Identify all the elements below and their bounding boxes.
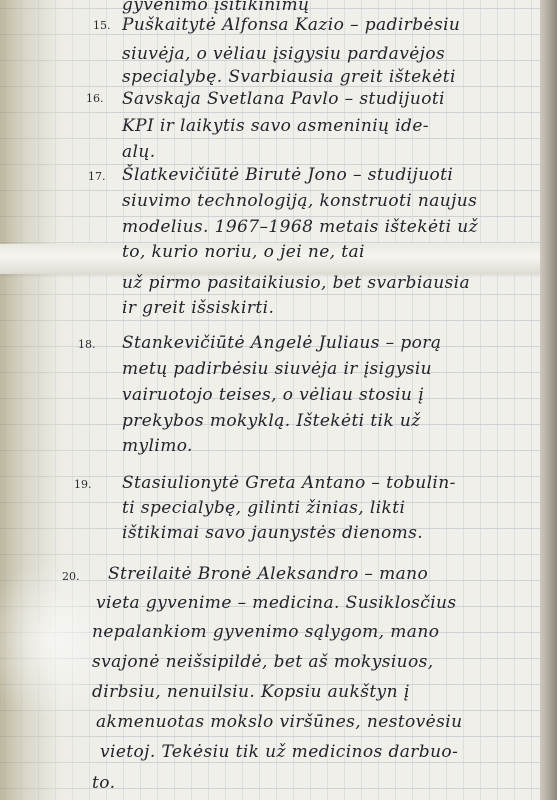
entry-line: to, kurio noriu, o jei ne, tai xyxy=(122,241,532,263)
handwritten-text: gyvenimo įsitikinimų 15. Puškaitytė Alfo… xyxy=(0,0,540,800)
entry-line: Savskaja Svetlana Pavlo – studijuoti xyxy=(122,88,532,110)
entry-line: nepalankiom gyvenimo sąlygom, mano xyxy=(92,621,502,643)
entry-line: ir greit išsiskirti. xyxy=(122,297,532,319)
entry-line: vietoj. Tekėsiu tik už medicinos darbuo- xyxy=(100,741,510,763)
entry-line: specialybę. Svarbiausia greit ištekėti xyxy=(122,66,532,88)
entry-line: Puškaitytė Alfonsa Kazio – padirbėsiu xyxy=(122,14,532,36)
entry-line: prekybos mokyklą. Ištekėti tik už xyxy=(122,410,532,432)
entry-line: KPI ir laikytis savo asmeninių ide- xyxy=(122,115,532,137)
entry-number: 16. xyxy=(86,92,104,106)
entry-line: Stankevičiūtė Angelė Juliaus – porą xyxy=(122,332,532,354)
page-edge xyxy=(540,0,557,800)
entry-line: vieta gyvenime – medicina. Susiklosčius xyxy=(96,592,506,614)
entry-line: svajonė neišsipildė, bet aš mokysiuos, xyxy=(92,651,502,673)
entry-line: Stasiulionytė Greta Antano – tobulin- xyxy=(122,472,532,494)
entry-number: 20. xyxy=(62,570,80,584)
entry-line: metų padirbėsiu siuvėja ir įsigysiu xyxy=(122,358,532,380)
entry-number: 19. xyxy=(74,478,92,492)
entry-line: akmenuotas mokslo viršūnes, nestovėsiu xyxy=(96,711,506,733)
entry-line: ištikimai savo jaunystės dienoms. xyxy=(122,522,532,544)
entry-line: dirbsiu, nenuilsiu. Kopsiu aukštyn į xyxy=(92,681,502,703)
entry-line: to. xyxy=(92,772,502,794)
entry-number: 17. xyxy=(88,170,106,184)
entry-line: alų. xyxy=(122,141,532,163)
entry-line: mylimo. xyxy=(122,435,532,457)
entry-number: 18. xyxy=(78,338,96,352)
entry-line: vairuotojo teises, o vėliau stosiu į xyxy=(122,384,532,406)
entry-line: už pirmo pasitaikiusio, bet svarbiausia xyxy=(122,272,532,294)
entry-line: siuvėja, o vėliau įsigysiu pardavėjos xyxy=(122,43,532,65)
entry-line: Streilaitė Bronė Aleksandro – mano xyxy=(108,563,518,585)
entry-line: ti specialybę, gilinti žinias, likti xyxy=(122,497,532,519)
entry-line: Šlatkevičiūtė Birutė Jono – studijuoti xyxy=(122,164,532,186)
entry-number: 15. xyxy=(93,19,111,33)
entry-line: siuvimo technologiją, konstruoti naujus xyxy=(122,190,532,212)
entry-line: modelius. 1967–1968 metais ištekėti už xyxy=(122,216,532,238)
